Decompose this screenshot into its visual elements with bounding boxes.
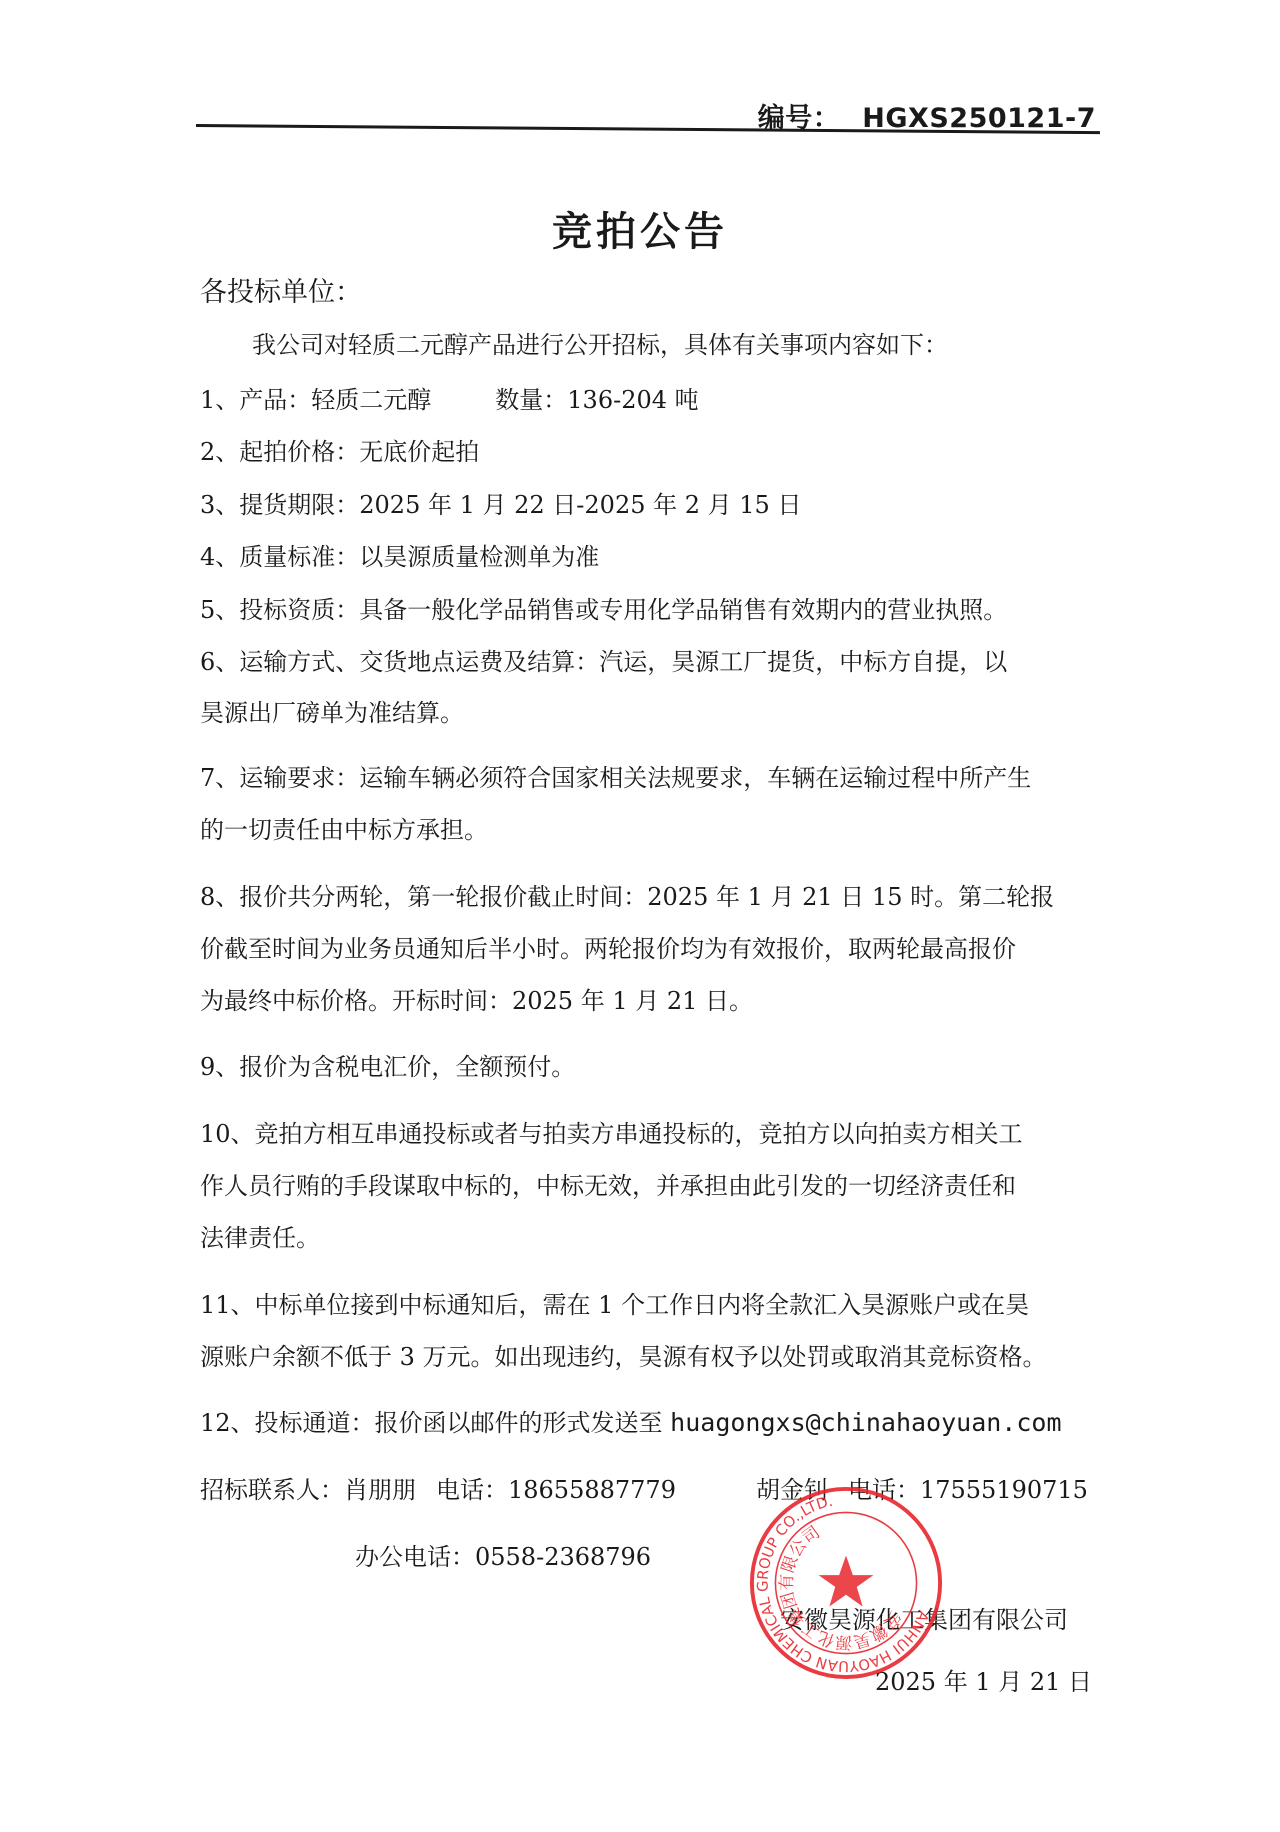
item-12: 12、投标通道：报价函以邮件的形式发送至 huagongxs@chinahaoy… bbox=[200, 1403, 1062, 1438]
signature-company: 安徽昊源化工集团有限公司 bbox=[780, 1600, 1068, 1635]
item-9: 9、报价为含税电汇价，全额预付。 bbox=[200, 1047, 575, 1082]
contact-2-name: 胡金钊 bbox=[756, 1476, 828, 1504]
item-7-line-1: 7、运输要求：运输车辆必须符合国家相关法规要求，车辆在运输过程中所产生 bbox=[200, 758, 1031, 793]
item-11-line-2: 源账户余额不低于 3 万元。如出现违约，昊源有权予以处罚或取消其竞标资格。 bbox=[200, 1337, 1047, 1372]
contact-2-phone-label: 电话： bbox=[848, 1476, 920, 1504]
item-8-line-1: 8、报价共分两轮，第一轮报价截止时间：2025 年 1 月 21 日 15 时。… bbox=[200, 877, 1054, 912]
item-6-line-1: 6、运输方式、交货地点运费及结算：汽运，昊源工厂提货，中标方自提，以 bbox=[200, 642, 1007, 677]
item-1-quantity: 数量：136-204 吨 bbox=[495, 386, 698, 414]
item-11-line-1: 11、中标单位接到中标通知后，需在 1 个工作日内将全款汇入昊源账户或在昊 bbox=[200, 1285, 1029, 1320]
page-title: 竞拍公告 bbox=[0, 200, 1280, 257]
item-4: 4、质量标准：以昊源质量检测单为准 bbox=[200, 537, 599, 572]
contact-1-phone: 18655887779 bbox=[508, 1476, 676, 1504]
contact-1-name: 肖朋朋 bbox=[344, 1476, 416, 1504]
item-1-product: 1、产品：轻质二元醇 bbox=[200, 386, 431, 414]
contacts-line: 招标联系人：肖朋朋电话：18655887779胡金钊电话：17555190715 bbox=[200, 1470, 1088, 1505]
signature-date: 2025 年 1 月 21 日 bbox=[875, 1662, 1092, 1697]
svg-text:ANHUI HAOYUAN CHEMICAL GROUP C: ANHUI HAOYUAN CHEMICAL GROUP CO.,LTD. bbox=[754, 1493, 931, 1675]
contact-1-phone-label: 电话： bbox=[436, 1476, 508, 1504]
item-8-line-3: 为最终中标价格。开标时间：2025 年 1 月 21 日。 bbox=[200, 981, 753, 1016]
submission-email[interactable]: huagongxs@chinahaoyuan.com bbox=[670, 1408, 1061, 1437]
contacts-label: 招标联系人： bbox=[200, 1476, 344, 1504]
item-1: 1、产品：轻质二元醇数量：136-204 吨 bbox=[200, 380, 699, 415]
item-10-line-2: 作人员行贿的手段谋取中标的，中标无效，并承担由此引发的一切经济责任和 bbox=[200, 1166, 1016, 1201]
item-5: 5、投标资质：具备一般化学品销售或专用化学品销售有效期内的营业执照。 bbox=[200, 590, 1007, 625]
office-phone-label: 办公电话： bbox=[355, 1543, 475, 1571]
greeting: 各投标单位： bbox=[200, 270, 362, 309]
announcement-document: 编号：HGXS250121-7 竞拍公告 各投标单位： 我公司对轻质二元醇产品进… bbox=[0, 0, 1280, 1832]
intro-paragraph: 我公司对轻质二元醇产品进行公开招标，具体有关事项内容如下： bbox=[252, 325, 948, 360]
item-10-line-3: 法律责任。 bbox=[200, 1218, 320, 1253]
contact-2-phone: 17555190715 bbox=[920, 1476, 1088, 1504]
item-8-line-2: 价截至时间为业务员通知后半小时。两轮报价均为有效报价，取两轮最高报价 bbox=[200, 929, 1016, 964]
item-12-text: 12、投标通道：报价函以邮件的形式发送至 bbox=[200, 1409, 670, 1437]
office-phone: 0558-2368796 bbox=[475, 1543, 651, 1571]
item-7-line-2: 的一切责任由中标方承担。 bbox=[200, 810, 488, 845]
office-phone-line: 办公电话：0558-2368796 bbox=[355, 1537, 651, 1572]
item-3: 3、提货期限：2025 年 1 月 22 日-2025 年 2 月 15 日 bbox=[200, 485, 801, 520]
company-seal-icon: ANHUI HAOYUAN CHEMICAL GROUP CO.,LTD. 安徽… bbox=[748, 1485, 944, 1681]
item-6-line-2: 昊源出厂磅单为准结算。 bbox=[200, 693, 464, 728]
item-2: 2、起拍价格：无底价起拍 bbox=[200, 432, 479, 467]
item-10-line-1: 10、竞拍方相互串通投标或者与拍卖方串通投标的，竞拍方以向拍卖方相关工 bbox=[200, 1114, 1023, 1149]
